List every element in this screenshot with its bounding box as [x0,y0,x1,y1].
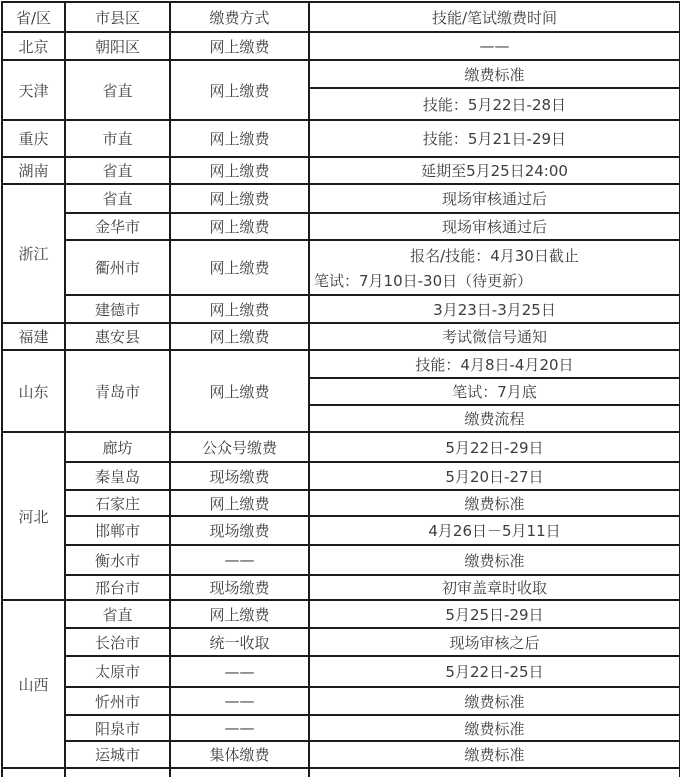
city-cell: 省直 [65,60,170,120]
time-cell: 5月22日-29日 [309,432,680,462]
time-cell: 现场审核通过后 [309,184,680,213]
city-cell: 市直 [65,120,170,157]
method-cell: 网上缴费 [170,295,309,323]
method-cell: 网上缴费 [170,600,309,628]
time-cell: 现场审核之后 [309,628,680,656]
city-cell: 建德市 [65,295,170,323]
header-province: 省/区 [2,2,65,32]
method-cell: 网上缴费 [170,490,309,516]
city-cell: 青岛市 [65,350,170,432]
city-cell: 廊坊 [65,432,170,462]
table-row: 邯郸市 现场缴费 4月26日－5月11日 [2,516,680,545]
method-cell: —— [170,545,309,575]
city-cell: 阳泉市 [65,715,170,741]
province-cell: 浙江 [2,184,65,323]
city-cell: 石家庄 [65,490,170,516]
table-row: 建德市 网上缴费 3月23日-3月25日 [2,295,680,323]
table-row: 太原市 —— 5月22日-25日 [2,656,680,687]
method-cell: 网上缴费 [170,213,309,240]
method-cell: 统一收取 [170,628,309,656]
method-cell: 网上缴费 [170,323,309,350]
table-row: 重庆 市直 网上缴费 技能：5月21日-29日 [2,120,680,157]
table-row: 秦皇岛 现场缴费 5月20日-27日 [2,462,680,490]
time-cell: 技能：4月8日-4月20日 [309,350,680,378]
time-cell: 初审盖章时收取 [309,575,680,600]
time-cell [309,768,680,777]
time-cell: 现场审核通过后 [309,213,680,240]
time-cell: 笔试：7月底 [309,378,680,405]
table-row: 忻州市 —— 缴费标准 [2,687,680,715]
time-cell: 技能：5月21日-29日 [309,120,680,157]
time-line-2: 笔试：7月10日-30日（待更新） [310,268,679,294]
table-row: 衡水市 —— 缴费标准 [2,545,680,575]
method-cell [170,768,309,777]
time-cell: 缴费标准 [309,490,680,516]
time-cell: 缴费标准 [309,545,680,575]
table-row: 湖南 省直 网上缴费 延期至5月25日24:00 [2,157,680,184]
fee-schedule-table: 省/区 市县区 缴费方式 技能/笔试缴费时间 北京 朝阳区 网上缴费 —— 天津… [1,1,680,777]
table-row: 浙江 省直 网上缴费 现场审核通过后 [2,184,680,213]
method-cell: —— [170,715,309,741]
city-cell: 惠安县 [65,323,170,350]
method-cell: 现场缴费 [170,462,309,490]
time-cell: 缴费标准 [309,687,680,715]
city-cell: 邢台市 [65,575,170,600]
province-cell: 河北 [2,432,65,600]
time-cell: 缴费流程 [309,405,680,432]
table-row: 福建 惠安县 网上缴费 考试微信号通知 [2,323,680,350]
province-cell: 湖南 [2,157,65,184]
city-cell: 运城市 [65,741,170,768]
province-cell: 山东 [2,350,65,432]
method-cell: 网上缴费 [170,32,309,60]
time-cell: 缴费标准 [309,715,680,741]
header-method: 缴费方式 [170,2,309,32]
city-cell: 衢州市 [65,240,170,295]
method-cell: —— [170,656,309,687]
method-cell: 网上缴费 [170,240,309,295]
time-cell: 考试微信号通知 [309,323,680,350]
time-cell: 5月25日-29日 [309,600,680,628]
time-cell: 5月20日-27日 [309,462,680,490]
method-cell: 网上缴费 [170,350,309,432]
time-cell: 3月23日-3月25日 [309,295,680,323]
method-cell: 网上缴费 [170,120,309,157]
time-cell: 缴费标准 [309,741,680,768]
method-cell: 网上缴费 [170,184,309,213]
city-cell: 太原市 [65,656,170,687]
table-row: 河北 廊坊 公众号缴费 5月22日-29日 [2,432,680,462]
time-cell: 延期至5月25日24:00 [309,157,680,184]
page: 省/区 市县区 缴费方式 技能/笔试缴费时间 北京 朝阳区 网上缴费 —— 天津… [0,0,680,777]
table-row: 石家庄 网上缴费 缴费标准 [2,490,680,516]
table-row: 衢州市 网上缴费 报名/技能：4月30日截止 笔试：7月10日-30日（待更新） [2,240,680,295]
province-cell: 天津 [2,60,65,120]
city-cell: 省直 [65,184,170,213]
method-cell: 公众号缴费 [170,432,309,462]
time-cell: —— [309,32,680,60]
method-cell: 现场缴费 [170,575,309,600]
province-cell: 福建 [2,323,65,350]
header-time: 技能/笔试缴费时间 [309,2,680,32]
city-cell: 邯郸市 [65,516,170,545]
city-cell: 省直 [65,600,170,628]
table-row: 山西 省直 网上缴费 5月25日-29日 [2,600,680,628]
table-row: 金华市 网上缴费 现场审核通过后 [2,213,680,240]
table-row: 天津 省直 网上缴费 缴费标准 [2,60,680,88]
time-cell: 技能：5月22日-28日 [309,88,680,120]
province-cell: 北京 [2,32,65,60]
method-cell: 网上缴费 [170,157,309,184]
time-cell: 4月26日－5月11日 [309,516,680,545]
table-row: 邢台市 现场缴费 初审盖章时收取 [2,575,680,600]
header-city: 市县区 [65,2,170,32]
table-row: 长治市 统一收取 现场审核之后 [2,628,680,656]
table-row: 山东 青岛市 网上缴费 技能：4月8日-4月20日 [2,350,680,378]
city-cell: 长治市 [65,628,170,656]
table-row: 运城市 集体缴费 缴费标准 [2,741,680,768]
city-cell [65,768,170,777]
time-cell: 5月22日-25日 [309,656,680,687]
city-cell: 省直 [65,157,170,184]
time-cell: 报名/技能：4月30日截止 笔试：7月10日-30日（待更新） [309,240,680,295]
time-cell: 缴费标准 [309,60,680,88]
table-row-partial [2,768,680,777]
city-cell: 忻州市 [65,687,170,715]
method-cell: —— [170,687,309,715]
city-cell: 秦皇岛 [65,462,170,490]
city-cell: 衡水市 [65,545,170,575]
method-cell: 现场缴费 [170,516,309,545]
province-cell [2,768,65,777]
table-row: 北京 朝阳区 网上缴费 —— [2,32,680,60]
table-header-row: 省/区 市县区 缴费方式 技能/笔试缴费时间 [2,2,680,32]
province-cell: 山西 [2,600,65,768]
method-cell: 集体缴费 [170,741,309,768]
city-cell: 金华市 [65,213,170,240]
city-cell: 朝阳区 [65,32,170,60]
time-line-1: 报名/技能：4月30日截止 [310,242,679,268]
province-cell: 重庆 [2,120,65,157]
method-cell: 网上缴费 [170,60,309,120]
table-row: 阳泉市 —— 缴费标准 [2,715,680,741]
